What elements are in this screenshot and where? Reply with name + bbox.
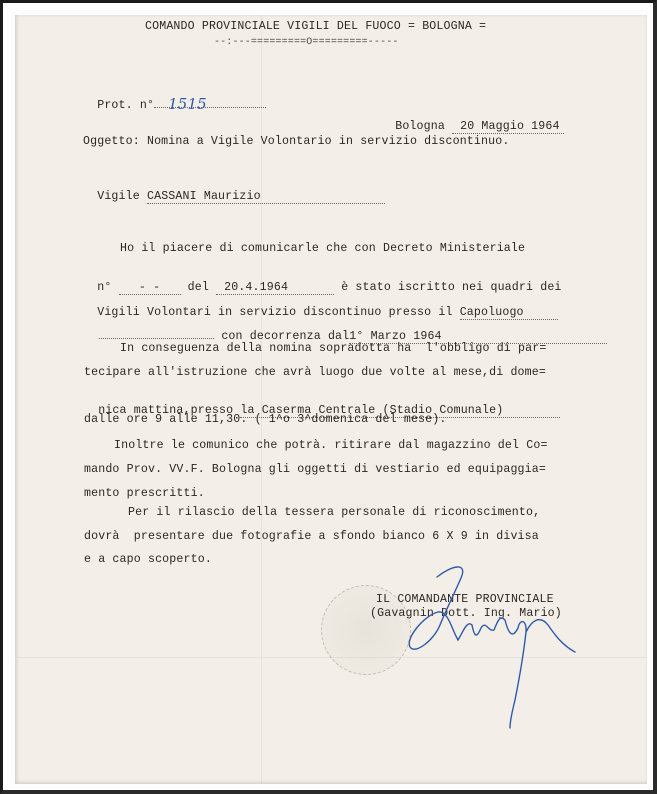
date-line: Bologna 20 Maggio 1964 <box>381 106 564 134</box>
blank-field <box>99 338 214 339</box>
date-city: Bologna <box>395 120 445 133</box>
body-p1-line4: con decorrenza dal1° Marzo 1964 <box>85 316 607 344</box>
body-p4-line3: e a capo scoperto. <box>84 553 212 567</box>
protocol-number: 1515 <box>168 98 207 110</box>
subject-line: Oggetto: Nomina a Vigile Volontario in s… <box>83 135 509 149</box>
body-p1-line1: Ho il piacere di comunicarle che con Dec… <box>120 242 525 256</box>
signatory-title: IL COMANDANTE PROVINCIALE <box>376 593 554 607</box>
signatory-name: (Gavagnin Dott. Ing. Mario) <box>370 607 562 621</box>
protocol-field: 1515 <box>154 107 266 108</box>
body-p2-line1: In conseguenza della nomina sopradotta h… <box>120 342 546 356</box>
date-value: 20 Maggio 1964 <box>452 121 564 134</box>
protocol-line: Prot. n°1515 <box>83 85 266 113</box>
protocol-label: Prot. n° <box>97 99 154 112</box>
letterhead-title: COMANDO PROVINCIALE VIGILI DEL FUOCO = B… <box>145 20 486 34</box>
recipient-line: Vigile CASSANI Maurizio <box>83 176 385 204</box>
recipient-name: CASSANI Maurizio <box>147 191 385 204</box>
recipient-label: Vigile <box>97 190 140 203</box>
body-p2-line2: tecipare all'istruzione che avrà luogo d… <box>84 366 546 380</box>
body-p3-line3: mento prescritti. <box>84 487 205 501</box>
body-p3-line2: mando Prov. VV.F. Bologna gli oggetti di… <box>84 463 546 477</box>
body-p1-line2: n° - - del 20.4.1964 è stato iscritto ne… <box>83 267 562 295</box>
body-p4-line2: dovrà presentare due fotografie a sfondo… <box>84 530 539 544</box>
body-p3-line1: Inoltre le comunico che potrà. ritirare … <box>114 439 548 453</box>
letterhead-rule: --:---=========O=========----- <box>214 36 399 50</box>
body-p2-line4: dalle ore 9 alle 11,30. ( 1^o 3^domenica… <box>84 413 446 427</box>
body-p4-line1: Per il rilascio della tessera personale … <box>128 506 540 520</box>
